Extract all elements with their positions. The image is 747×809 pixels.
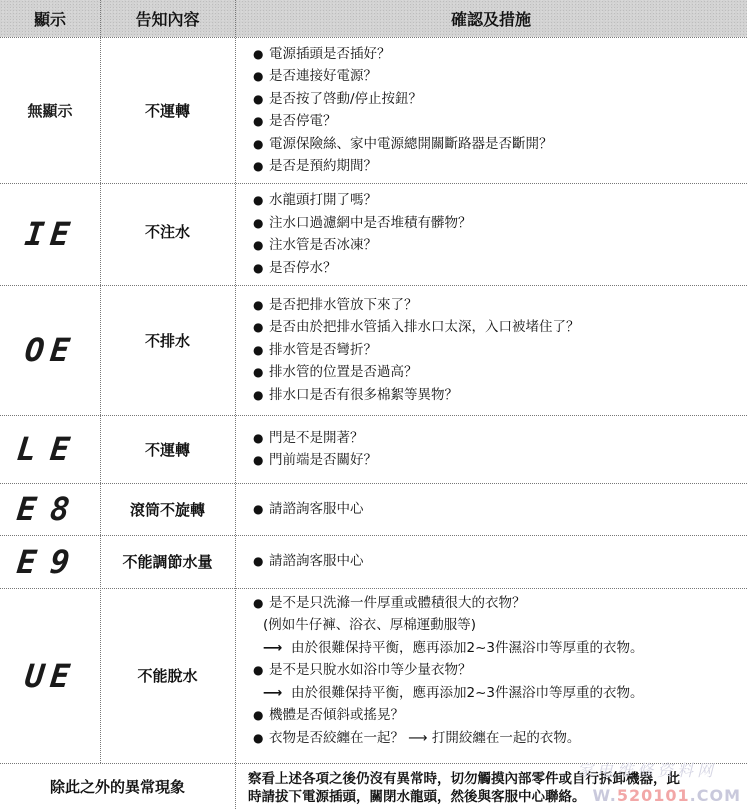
display-cell: OE	[0, 285, 100, 415]
check-list: ●電源插頭是否插好？ ●是否連接好電源？ ●是否按了啓動/停止按鈕？ ●是否停電…	[235, 37, 747, 183]
display-code: OE	[23, 331, 78, 369]
list-item: ●機體是否傾斜或搖晃？	[253, 704, 747, 727]
bullet-icon: ●	[253, 449, 269, 472]
display-code: 無顯示	[27, 100, 72, 121]
list-item: ●是否是預約期間？	[253, 155, 747, 178]
list-item: ●是否停電？	[253, 110, 747, 133]
bullet-icon: ●	[253, 110, 269, 133]
list-item: ●衣物是否絞纏在一起？ ⟶ 打開絞纏在一起的衣物。	[253, 727, 747, 750]
check-list: ●請諮詢客服中心	[235, 483, 747, 535]
notice-cell: 滾筒不旋轉	[100, 483, 235, 535]
bullet-icon: ●	[253, 339, 269, 362]
list-item: ●注水口過濾網中是否堆積有髒物？	[253, 212, 747, 235]
bullet-icon: ●	[253, 704, 269, 727]
list-item: ●是不是只脫水如浴巾等少量衣物？	[253, 659, 747, 682]
list-item: ●請諮詢客服中心	[253, 550, 747, 573]
header-check: 確認及措施	[235, 0, 747, 37]
bullet-icon: ●	[253, 234, 269, 257]
bullet-icon: ●	[253, 212, 269, 235]
notice-cell: 不注水	[100, 183, 235, 285]
notice-cell: 不能脫水	[100, 588, 235, 763]
notice-cell: 不運轉	[100, 415, 235, 483]
display-code: IE	[23, 215, 78, 253]
notice-text: 不注水	[145, 221, 190, 242]
list-item: ●是否停水？	[253, 257, 747, 280]
notice-cell: 不排水	[100, 285, 235, 415]
display-code: E8	[15, 490, 86, 528]
list-item-note: (例如牛仔褲、浴衣、厚棉運動服等)	[253, 614, 747, 637]
bullet-icon: ●	[253, 189, 269, 212]
list-item-remedy: ⟶由於很難保持平衡，應再添加2~3件濕浴巾等厚重的衣物。	[253, 637, 747, 660]
watermark-text: 家电维修资料网	[577, 758, 717, 781]
footer-label-cell: 除此之外的異常現象	[0, 763, 235, 809]
display-cell: E9	[0, 535, 100, 588]
display-cell: LE	[0, 415, 100, 483]
display-cell: IE	[0, 183, 100, 285]
list-item: ●是不是只洗滌一件厚重或體積很大的衣物？	[253, 592, 747, 615]
footer-label: 除此之外的異常現象	[50, 776, 185, 797]
list-item-remedy: ⟶由於很難保持平衡，應再添加2~3件濕浴巾等厚重的衣物。	[253, 682, 747, 705]
display-cell: UE	[0, 588, 100, 763]
display-cell: 無顯示	[0, 37, 100, 183]
bullet-icon: ●	[253, 65, 269, 88]
list-item: ●門是不是開著？	[253, 427, 747, 450]
bullet-icon: ●	[253, 384, 269, 407]
notice-text: 不運轉	[145, 100, 190, 121]
bullet-icon: ●	[253, 592, 269, 615]
bullet-icon: ●	[253, 550, 269, 573]
bullet-icon: ●	[253, 133, 269, 156]
list-item: ●注水管是否冰凍？	[253, 234, 747, 257]
list-item: ●電源插頭是否插好？	[253, 43, 747, 66]
bullet-icon: ●	[253, 498, 269, 521]
header-notice: 告知內容	[100, 0, 235, 37]
bullet-icon: ●	[253, 316, 269, 339]
display-code: UE	[23, 657, 78, 695]
notice-text: 不排水	[145, 330, 190, 351]
list-item: ●是否連接好電源？	[253, 65, 747, 88]
watermark: W.520101.COM	[592, 786, 741, 805]
bullet-icon: ●	[253, 727, 269, 750]
bullet-icon: ●	[253, 43, 269, 66]
arrow-right-icon: ⟶	[263, 682, 291, 705]
list-item: ●排水口是否有很多棉絮等異物？	[253, 384, 747, 407]
notice-text: 不能脫水	[137, 665, 197, 686]
bullet-icon: ●	[253, 659, 269, 682]
list-item: ●電源保險絲、家中電源總開關斷路器是否斷開？	[253, 133, 747, 156]
list-item: ●是否把排水管放下來了？	[253, 294, 747, 317]
troubleshooting-table: 顯示 告知內容 確認及措施 無顯示 不運轉 ●電源插頭是否插好？ ●是否連接好電…	[0, 0, 747, 809]
display-code: E9	[15, 543, 86, 581]
bullet-icon: ●	[253, 294, 269, 317]
bullet-icon: ●	[253, 361, 269, 384]
notice-cell: 不能調節水量	[100, 535, 235, 588]
bullet-icon: ●	[253, 88, 269, 111]
list-item: ●是否由於把排水管插入排水口太深，入口被堵住了？	[253, 316, 747, 339]
display-code: LE	[15, 430, 86, 468]
list-item: ●請諮詢客服中心	[253, 498, 747, 521]
bullet-icon: ●	[253, 257, 269, 280]
check-list: ●是否把排水管放下來了？ ●是否由於把排水管插入排水口太深，入口被堵住了？ ●排…	[235, 285, 747, 415]
display-cell: E8	[0, 483, 100, 535]
list-item: ●排水管是否彎折？	[253, 339, 747, 362]
notice-text: 不運轉	[145, 439, 190, 460]
check-list: ●水龍頭打開了嗎？ ●注水口過濾網中是否堆積有髒物？ ●注水管是否冰凍？ ●是否…	[235, 183, 747, 285]
check-list: ●請諮詢客服中心	[235, 535, 747, 588]
list-item: ●水龍頭打開了嗎？	[253, 189, 747, 212]
bullet-icon: ●	[253, 427, 269, 450]
notice-text: 滾筒不旋轉	[130, 499, 205, 520]
list-item: ●是否按了啓動/停止按鈕？	[253, 88, 747, 111]
notice-cell: 不運轉	[100, 37, 235, 183]
check-list: ●是不是只洗滌一件厚重或體積很大的衣物？ (例如牛仔褲、浴衣、厚棉運動服等) ⟶…	[235, 588, 747, 753]
header-display: 顯示	[0, 0, 100, 37]
arrow-right-icon: ⟶	[263, 637, 291, 660]
bullet-icon: ●	[253, 155, 269, 178]
list-item: ●排水管的位置是否過高？	[253, 361, 747, 384]
notice-text: 不能調節水量	[122, 551, 212, 572]
list-item: ●門前端是否關好？	[253, 449, 747, 472]
check-list: ●門是不是開著？ ●門前端是否關好？	[235, 415, 747, 483]
